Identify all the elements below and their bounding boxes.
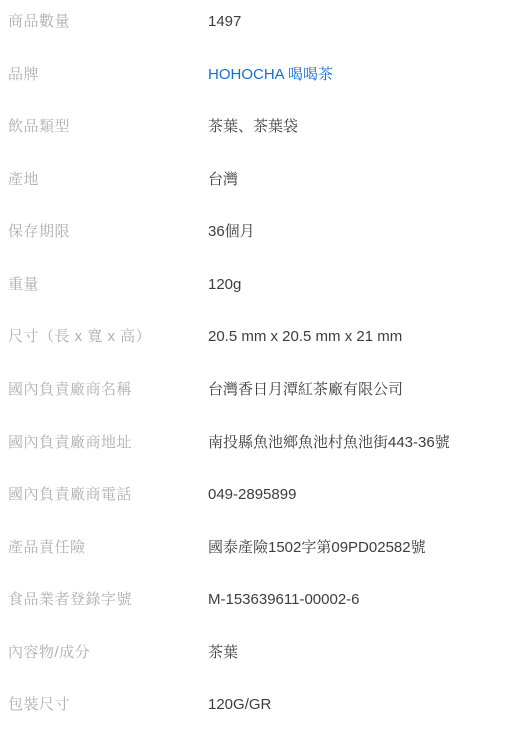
spec-label: 國內負責廠商名稱 <box>8 381 208 398</box>
spec-label: 飲品類型 <box>8 118 208 135</box>
spec-label: 產地 <box>8 171 208 188</box>
spec-row: 保存期限36個月 <box>0 210 524 263</box>
spec-row: 重量120g <box>0 263 524 316</box>
product-spec-table: 商品數量1497品牌HOHOCHA 喝喝茶飲品類型茶葉、茶葉袋產地台灣保存期限3… <box>0 0 524 736</box>
spec-label: 內容物/成分 <box>8 644 208 661</box>
spec-value: M-153639611-00002-6 <box>208 591 360 608</box>
spec-label: 尺寸（長 x 寬 x 高） <box>8 328 208 345</box>
spec-label: 產品責任險 <box>8 539 208 556</box>
spec-label: 品牌 <box>8 66 208 83</box>
spec-value: 茶葉 <box>208 644 238 661</box>
spec-value: 049-2895899 <box>208 486 296 503</box>
spec-value: 36個月 <box>208 223 255 240</box>
spec-row: 產地台灣 <box>0 158 524 211</box>
spec-value: 茶葉、茶葉袋 <box>208 118 298 135</box>
spec-row: 食品業者登錄字號M-153639611-00002-6 <box>0 578 524 631</box>
spec-value: 120g <box>208 276 241 293</box>
spec-label: 重量 <box>8 276 208 293</box>
spec-row: 飲品類型茶葉、茶葉袋 <box>0 105 524 158</box>
spec-value: 1497 <box>208 13 241 30</box>
spec-label: 保存期限 <box>8 223 208 240</box>
spec-value: 120G/GR <box>208 696 271 713</box>
spec-value: 南投縣魚池鄉魚池村魚池街443-36號 <box>208 434 450 451</box>
spec-value: 國泰產險1502字第09PD02582號 <box>208 539 426 556</box>
spec-row: 品牌HOHOCHA 喝喝茶 <box>0 53 524 106</box>
brand-link[interactable]: HOHOCHA 喝喝茶 <box>208 66 333 83</box>
spec-row: 國內負責廠商電話049-2895899 <box>0 473 524 526</box>
spec-label: 國內負責廠商地址 <box>8 434 208 451</box>
spec-label: 商品數量 <box>8 13 208 30</box>
spec-label: 食品業者登錄字號 <box>8 591 208 608</box>
spec-row: 國內負責廠商地址南投縣魚池鄉魚池村魚池街443-36號 <box>0 421 524 474</box>
spec-row: 內容物/成分茶葉 <box>0 631 524 684</box>
spec-row: 尺寸（長 x 寬 x 高）20.5 mm x 20.5 mm x 21 mm <box>0 315 524 368</box>
spec-row: 產品責任險國泰產險1502字第09PD02582號 <box>0 526 524 579</box>
spec-label: 包裝尺寸 <box>8 696 208 713</box>
spec-value: 台灣 <box>208 171 238 188</box>
spec-row: 商品數量1497 <box>0 0 524 53</box>
spec-label: 國內負責廠商電話 <box>8 486 208 503</box>
spec-value: 20.5 mm x 20.5 mm x 21 mm <box>208 328 402 345</box>
spec-value: 台灣香日月潭紅茶廠有限公司 <box>208 381 403 398</box>
spec-row: 國內負責廠商名稱台灣香日月潭紅茶廠有限公司 <box>0 368 524 421</box>
spec-row: 包裝尺寸120G/GR <box>0 683 524 736</box>
